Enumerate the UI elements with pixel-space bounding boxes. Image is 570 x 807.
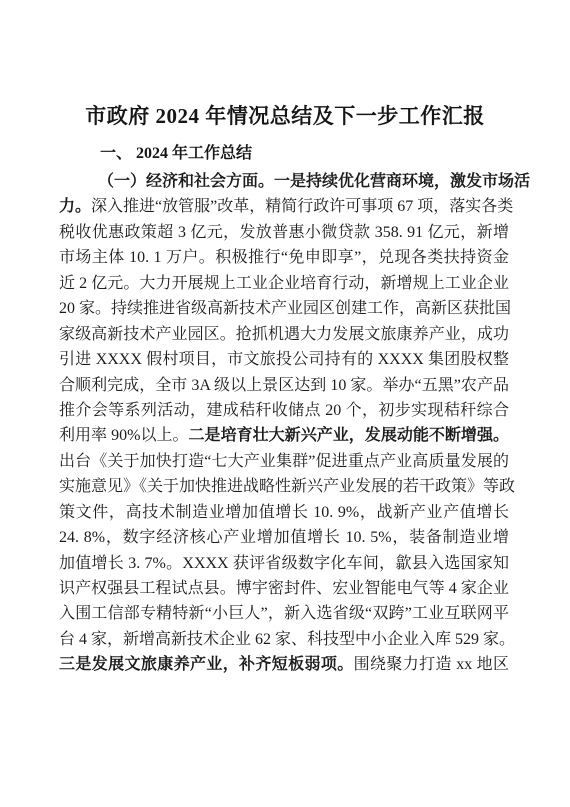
paragraph-line: 20 家。持续推进省级高新技术产业园区创建工作，高新区获批国 [59,296,509,321]
text-segment: 策文件，高技术制造业增加值增长 10. 9%，战新产业产值增长 [59,504,509,521]
text-segment: （一）经济和社会方面。一是持续优化营商环境，激发市场活 [98,173,530,190]
text-segment: 市场主体 10. 1 万户。积极推行“免申即享”，兑现各类扶持资金 [59,249,509,266]
text-segment: 20 家。持续推进省级高新技术产业园区创建工作，高新区获批国 [59,300,511,317]
text-segment: 税收优惠政策超 3 亿元，发放普惠小微贷款 358. 91 亿元，新增 [59,224,509,241]
paragraph-line: 推介会等系列活动，建成秸秆收储点 20 个，初步实现秸秆综合 [59,398,509,423]
paragraph-line: 近 2 亿元。大力开展规上工业企业培育行动，新增规上工业企业 [59,271,509,296]
text-segment: 台 4 家，新增高新技术企业 62 家、科技型中小企业入库 529 家。 [59,631,515,648]
paragraph-line: 策文件，高技术制造业增加值增长 10. 9%，战新产业产值增长 [59,500,509,525]
text-segment: 力。 [59,198,91,215]
text-segment: 三是发展文旅康养产业，补齐短板弱项。 [59,656,354,673]
paragraph-line: 家级高新技术产业园区。抢抓机遇大力发展文旅康养产业，成功 [59,322,509,347]
section-heading: 一、 2024 年工作总结 [59,141,509,167]
document-title: 市政府 2024 年情况总结及下一步工作汇报 [0,0,570,132]
text-segment: 利用率 90%以上。 [59,427,189,444]
text-segment: 实施意见》《关于加快推进战略性新兴产业发展的若干政策》等政 [59,478,515,495]
document-page: 市政府 2024 年情况总结及下一步工作汇报 一、 2024 年工作总结 （一）… [0,0,570,807]
paragraph-line: 实施意见》《关于加快推进战略性新兴产业发展的若干政策》等政 [59,474,509,499]
paragraph-line: 台 4 家，新增高新技术企业 62 家、科技型中小企业入库 529 家。 [59,627,509,652]
paragraph-line: 引进 XXXX 假村项目，市文旅投公司持有的 XXXX 集团股权整 [59,347,509,372]
text-segment: 围绕聚力打造 xx 地区 [354,656,509,673]
text-segment: 二是培育壮大新兴产业，发展动能不断增强。 [189,427,509,444]
text-segment: 引进 XXXX 假村项目，市文旅投公司持有的 XXXX 集团股权整 [59,351,509,368]
text-segment: 近 2 亿元。大力开展规上工业企业培育行动，新增规上工业企业 [59,275,509,292]
paragraph-line: 识产权强县工程试点县。博宇密封件、宏业智能电气等 4 家企业 [59,576,509,601]
body-paragraph: （一）经济和社会方面。一是持续优化营商环境，激发市场活力。深入推进“放管服”改革… [59,169,509,678]
paragraph-line: 出台《关于加快打造“七大产业集群”促进重点产业高质量发展的 [59,449,509,474]
text-segment: 合顺利完成，全市 3A 级以上景区达到 10 家。举办“五黑”农产品 [59,377,509,394]
text-segment: 家级高新技术产业园区。抢抓机遇大力发展文旅康养产业，成功 [59,326,509,343]
paragraph-line: 利用率 90%以上。二是培育壮大新兴产业，发展动能不断增强。 [59,423,509,448]
paragraph-line: 合顺利完成，全市 3A 级以上景区达到 10 家。举办“五黑”农产品 [59,373,509,398]
paragraph-line: 市场主体 10. 1 万户。积极推行“免申即享”，兑现各类扶持资金 [59,245,509,270]
paragraph-line: 力。深入推进“放管服”改革，精简行政许可事项 67 项，落实各类 [59,194,509,219]
text-segment: 出台《关于加快打造“七大产业集群”促进重点产业高质量发展的 [59,453,509,470]
text-segment: 加值增长 3. 7%。XXXX 获评省级数字化车间，歙县入选国家知 [59,555,509,572]
paragraph-line: 24. 8%，数字经济核心产业增加值增长 10. 5%，装备制造业增 [59,525,509,550]
paragraph-line: 加值增长 3. 7%。XXXX 获评省级数字化车间，歙县入选国家知 [59,551,509,576]
paragraph-line: 入围工信部专精特新“小巨人”，新入选省级“双跨”工业互联网平 [59,601,509,626]
text-segment: 入围工信部专精特新“小巨人”，新入选省级“双跨”工业互联网平 [59,605,509,622]
text-segment: 推介会等系列活动，建成秸秆收储点 20 个，初步实现秸秆综合 [59,402,509,419]
text-segment: 识产权强县工程试点县。博宇密封件、宏业智能电气等 4 家企业 [59,580,509,597]
paragraph-line: 三是发展文旅康养产业，补齐短板弱项。围绕聚力打造 xx 地区 [59,652,509,677]
paragraph-line: （一）经济和社会方面。一是持续优化营商环境，激发市场活 [59,169,509,194]
paragraph-line: 税收优惠政策超 3 亿元，发放普惠小微贷款 358. 91 亿元，新增 [59,220,509,245]
text-segment: 24. 8%，数字经济核心产业增加值增长 10. 5%，装备制造业增 [59,529,509,546]
text-segment: 深入推进“放管服”改革，精简行政许可事项 67 项，落实各类 [91,198,513,215]
